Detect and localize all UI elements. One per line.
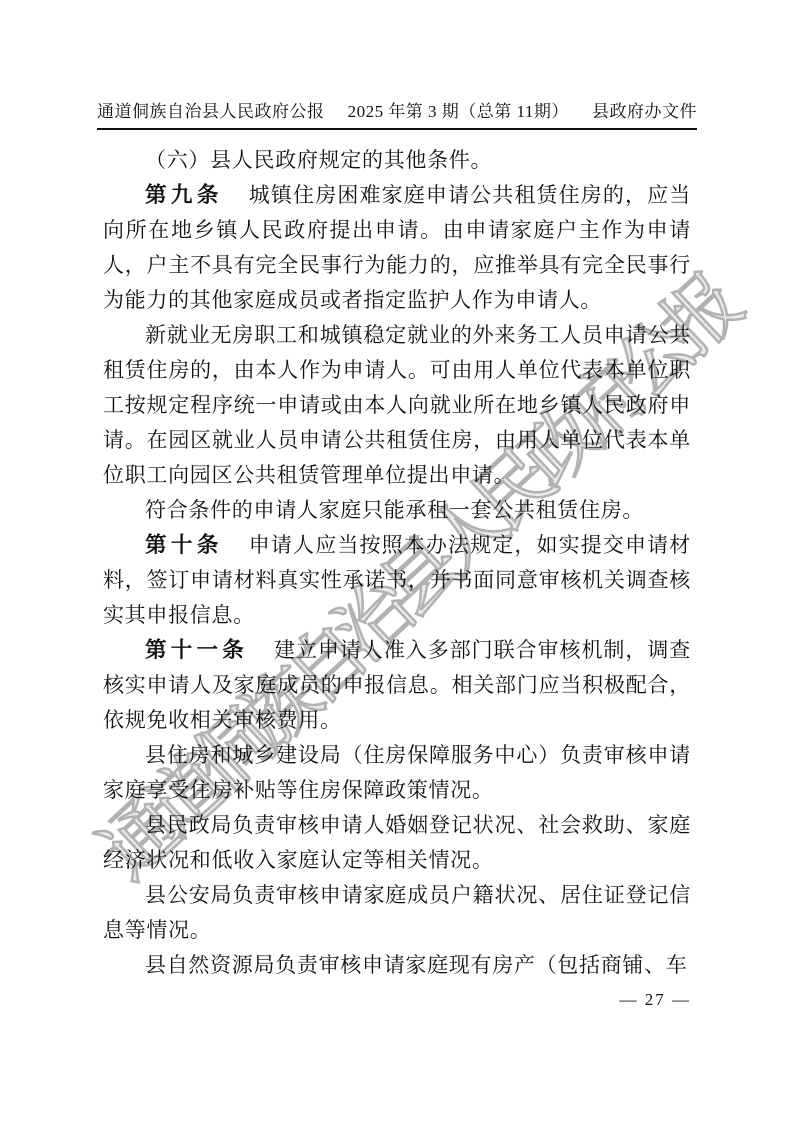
header-publication-title: 通道侗族自治县人民政府公报 (97, 102, 325, 122)
paragraph: 县公安局负责审核申请家庭成员户籍状况、居住证登记信息等情况。 (103, 878, 691, 948)
paragraph: 第十一条建立申请人准入多部门联合审核机制，调查核实申请人及家庭成员的申报信息。相… (103, 633, 691, 738)
paragraph: 新就业无房职工和城镇稳定就业的外来务工人员申请公共租赁住房的，由本人作为申请人。… (103, 318, 691, 493)
paragraph-text: 县住房和城乡建设局（住房保障服务中心）负责审核申请家庭享受住房补贴等住房保障政策… (103, 743, 691, 802)
paragraph-text: 新就业无房职工和城镇稳定就业的外来务工人员申请公共租赁住房的，由本人作为申请人。… (103, 323, 691, 487)
document-body: （六）县人民政府规定的其他条件。第九条城镇住房困难家庭申请公共租赁住房的，应当向… (103, 143, 691, 983)
paragraph: 第九条城镇住房困难家庭申请公共租赁住房的，应当向所在地乡镇人民政府提出申请。由申… (103, 178, 691, 318)
paragraph: 县住房和城乡建设局（住房保障服务中心）负责审核申请家庭享受住房补贴等住房保障政策… (103, 738, 691, 808)
header-document-category: 县政府办文件 (592, 102, 697, 122)
paragraph-text: 县自然资源局负责审核申请家庭现有房产（包括商铺、车 (145, 953, 688, 977)
page-number: — 27 — (620, 990, 692, 1009)
paragraph-text: 符合条件的申请人家庭只能承租一套公共租赁住房。 (145, 498, 644, 522)
paragraph-text: （六）县人民政府规定的其他条件。 (145, 148, 492, 172)
article-number: 第九条 (145, 183, 223, 207)
paragraph: 第十条申请人应当按照本办法规定，如实提交申请材料，签订申请材料真实性承诺书，并书… (103, 528, 691, 633)
paragraph: 县自然资源局负责审核申请家庭现有房产（包括商铺、车 (103, 948, 691, 983)
gazette-page: 通道侗族自治县人民政府公报 通道侗族自治县人民政府公报 2025 年第 3 期（… (0, 0, 793, 1122)
paragraph-text: 县民政局负责审核申请人婚姻登记状况、社会救助、家庭经济状况和低收入家庭认定等相关… (103, 813, 691, 872)
content-layer: 通道侗族自治县人民政府公报 2025 年第 3 期（总第 11期） 县政府办文件… (0, 0, 793, 1122)
page-footer: — 27 — (103, 990, 691, 1010)
paragraph: （六）县人民政府规定的其他条件。 (103, 143, 691, 178)
article-number: 第十一条 (145, 638, 248, 662)
page-header: 通道侗族自治县人民政府公报 2025 年第 3 期（总第 11期） 县政府办文件 (97, 102, 697, 130)
article-number: 第十条 (145, 533, 223, 557)
header-issue-number: 2025 年第 3 期（总第 11期） (348, 102, 569, 122)
paragraph: 符合条件的申请人家庭只能承租一套公共租赁住房。 (103, 493, 691, 528)
paragraph: 县民政局负责审核申请人婚姻登记状况、社会救助、家庭经济状况和低收入家庭认定等相关… (103, 808, 691, 878)
paragraph-text: 县公安局负责审核申请家庭成员户籍状况、居住证登记信息等情况。 (103, 883, 691, 942)
